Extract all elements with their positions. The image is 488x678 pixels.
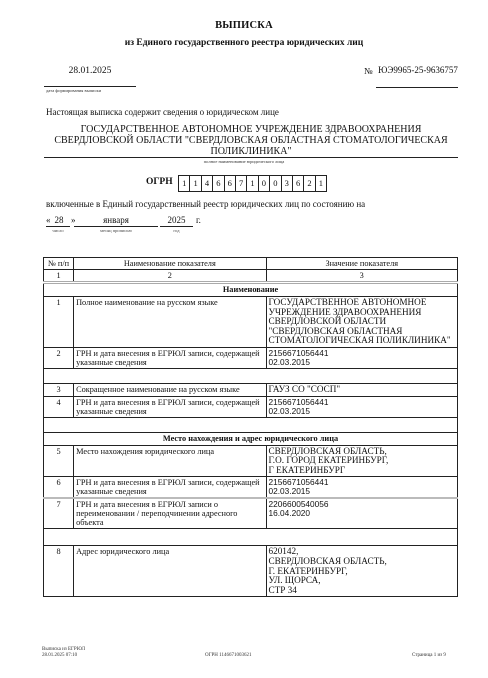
row-number: 4	[44, 396, 74, 417]
table-row: 8 Адрес юридического лица 620142,СВЕРДЛО…	[44, 546, 458, 597]
table-row: 4 ГРН и дата внесения в ЕГРЮЛ записи, со…	[44, 396, 458, 417]
as-of-month: января	[74, 215, 158, 225]
section-title: Наименование	[44, 283, 458, 297]
year-underline	[160, 226, 193, 227]
table-header-row: № п/п Наименование показателя Значение п…	[44, 258, 458, 270]
spacer-cell	[44, 417, 458, 432]
row-indicator: ГРН и дата внесения в ЕГРЮЛ записи, соде…	[74, 347, 266, 368]
document-subtitle: из Единого государственного реестра юрид…	[0, 38, 488, 48]
row-number: 8	[44, 546, 74, 597]
row-indicator: Адрес юридического лица	[74, 546, 266, 597]
ogrn-digit: 6	[293, 176, 304, 191]
footer-page-number: Страница 1 из 9	[412, 653, 446, 658]
table-row: 5 Место нахождения юридического лица СВЕ…	[44, 445, 458, 477]
grn-date: 02.03.2015	[269, 358, 455, 367]
ogrn-digit: 6	[213, 176, 224, 191]
document-title: ВЫПИСКА	[0, 20, 488, 31]
date-underline	[44, 86, 136, 87]
row-value: 215667105644102.03.2015	[266, 347, 457, 368]
row-value: ГАУЗ СО "СОСП"	[266, 383, 457, 396]
ogrn-digit: 2	[304, 176, 315, 191]
row-value: СВЕРДЛОВСКАЯ ОБЛАСТЬ,Г.О. ГОРОД ЕКАТЕРИН…	[266, 445, 457, 477]
row-number: 5	[44, 445, 74, 477]
year-caption: год	[160, 228, 193, 233]
row-number: 2	[44, 347, 74, 368]
ogrn-digit: 3	[282, 176, 293, 191]
header-indicator-name: Наименование показателя	[74, 258, 266, 270]
month-caption: месяц прописью	[74, 228, 158, 233]
row-indicator: Сокращенное наименование на русском язык…	[74, 383, 266, 396]
registry-table: № п/п Наименование показателя Значение п…	[43, 257, 458, 597]
row-value: 215667105644102.03.2015	[266, 477, 457, 499]
table-row: 2 ГРН и дата внесения в ЕГРЮЛ записи, со…	[44, 347, 458, 368]
column-number-row: 1 2 3	[44, 270, 458, 283]
spacer-row	[44, 417, 458, 432]
date-caption: дата формирования выписки	[46, 88, 101, 93]
as-of-day: 28	[50, 215, 68, 225]
table-row: 3 Сокращенное наименование на русском яз…	[44, 383, 458, 396]
spacer-row	[44, 368, 458, 383]
row-indicator: Место нахождения юридического лица	[74, 445, 266, 477]
month-underline	[74, 226, 158, 227]
ogrn-digit: 7	[236, 176, 247, 191]
ogrn-digit: 1	[179, 176, 190, 191]
spacer-cell	[44, 529, 458, 546]
spacer-row	[44, 529, 458, 546]
grn-date: 02.03.2015	[269, 487, 455, 496]
ogrn-digit: 0	[259, 176, 270, 191]
ogrn-digit: 4	[202, 176, 213, 191]
ogrn-label: ОГРН	[146, 177, 173, 187]
ogrn-digit: 1	[247, 176, 258, 191]
spacer-cell	[44, 368, 458, 383]
number-underline	[376, 87, 458, 88]
row-value: 215667105644102.03.2015	[266, 396, 457, 417]
as-of-year: 2025	[160, 215, 193, 225]
section-header-row: Наименование	[44, 283, 458, 297]
table-row: 7 ГРН и дата внесения в ЕГРЮЛ записи о п…	[44, 498, 458, 529]
row-indicator: Полное наименование на русском языке	[74, 297, 266, 348]
included-text: включенные в Единый государственный реес…	[46, 199, 365, 209]
entity-full-name: ГОСУДАРСТВЕННОЕ АВТОНОМНОЕ УЧРЕЖДЕНИЕ ЗД…	[44, 124, 458, 157]
col-number: 2	[74, 270, 266, 283]
address-line: СТР 34	[269, 586, 455, 596]
extract-number: ЮЭ9965-25-9636757	[378, 65, 458, 75]
table-row: 1 Полное наименование на русском языке Г…	[44, 297, 458, 348]
row-number: 3	[44, 383, 74, 396]
header-indicator-value: Значение показателя	[266, 258, 457, 270]
ogrn-digit: 0	[270, 176, 281, 191]
col-number: 1	[44, 270, 74, 283]
grn-date: 02.03.2015	[269, 407, 455, 416]
footer-timestamp: 28.01.2025 07:10	[42, 653, 85, 659]
ogrn-digit: 6	[225, 176, 236, 191]
row-indicator: ГРН и дата внесения в ЕГРЮЛ записи, соде…	[74, 477, 266, 499]
ogrn-digit-boxes: 1 1 4 6 6 7 1 0 0 3 6 2 1	[178, 175, 327, 192]
full-name-caption: полное наименование юридического лица	[0, 159, 488, 164]
table-row: 6 ГРН и дата внесения в ЕГРЮЛ записи, со…	[44, 477, 458, 499]
row-number: 7	[44, 498, 74, 529]
row-value: ГОСУДАРСТВЕННОЕ АВТОНОМНОЕ УЧРЕЖДЕНИЕ ЗД…	[266, 297, 457, 348]
row-number: 1	[44, 297, 74, 348]
header-number: № п/п	[44, 258, 74, 270]
number-sign: №	[364, 66, 373, 76]
row-indicator: ГРН и дата внесения в ЕГРЮЛ записи, соде…	[74, 396, 266, 417]
section-title: Место нахождения и адрес юридического ли…	[44, 432, 458, 445]
col-number: 3	[266, 270, 457, 283]
row-value: 620142,СВЕРДЛОВСКАЯ ОБЛАСТЬ,Г. ЕКАТЕРИНБ…	[266, 546, 457, 597]
grn-date: 16.04.2020	[269, 509, 455, 518]
row-number: 6	[44, 477, 74, 499]
year-suffix: г.	[196, 215, 201, 225]
day-underline	[46, 226, 70, 227]
address-line: Г ЕКАТЕРИНБУРГ	[269, 466, 455, 476]
section-header-row: Место нахождения и адрес юридического ли…	[44, 432, 458, 445]
footer-ogrn: ОГРН 1146671003621	[205, 653, 251, 658]
ogrn-digit: 1	[316, 176, 326, 191]
row-value: 220660054005616.04.2020	[266, 498, 457, 529]
intro-text: Настоящая выписка содержит сведения о юр…	[46, 107, 279, 117]
footer-left: Выписка из ЕГРЮЛ 28.01.2025 07:10	[42, 647, 85, 659]
row-indicator: ГРН и дата внесения в ЕГРЮЛ записи о пер…	[74, 498, 266, 529]
day-caption: число	[46, 228, 70, 233]
ogrn-digit: 1	[190, 176, 201, 191]
full-name-underline	[44, 157, 458, 158]
formation-date: 28.01.2025	[45, 66, 135, 76]
